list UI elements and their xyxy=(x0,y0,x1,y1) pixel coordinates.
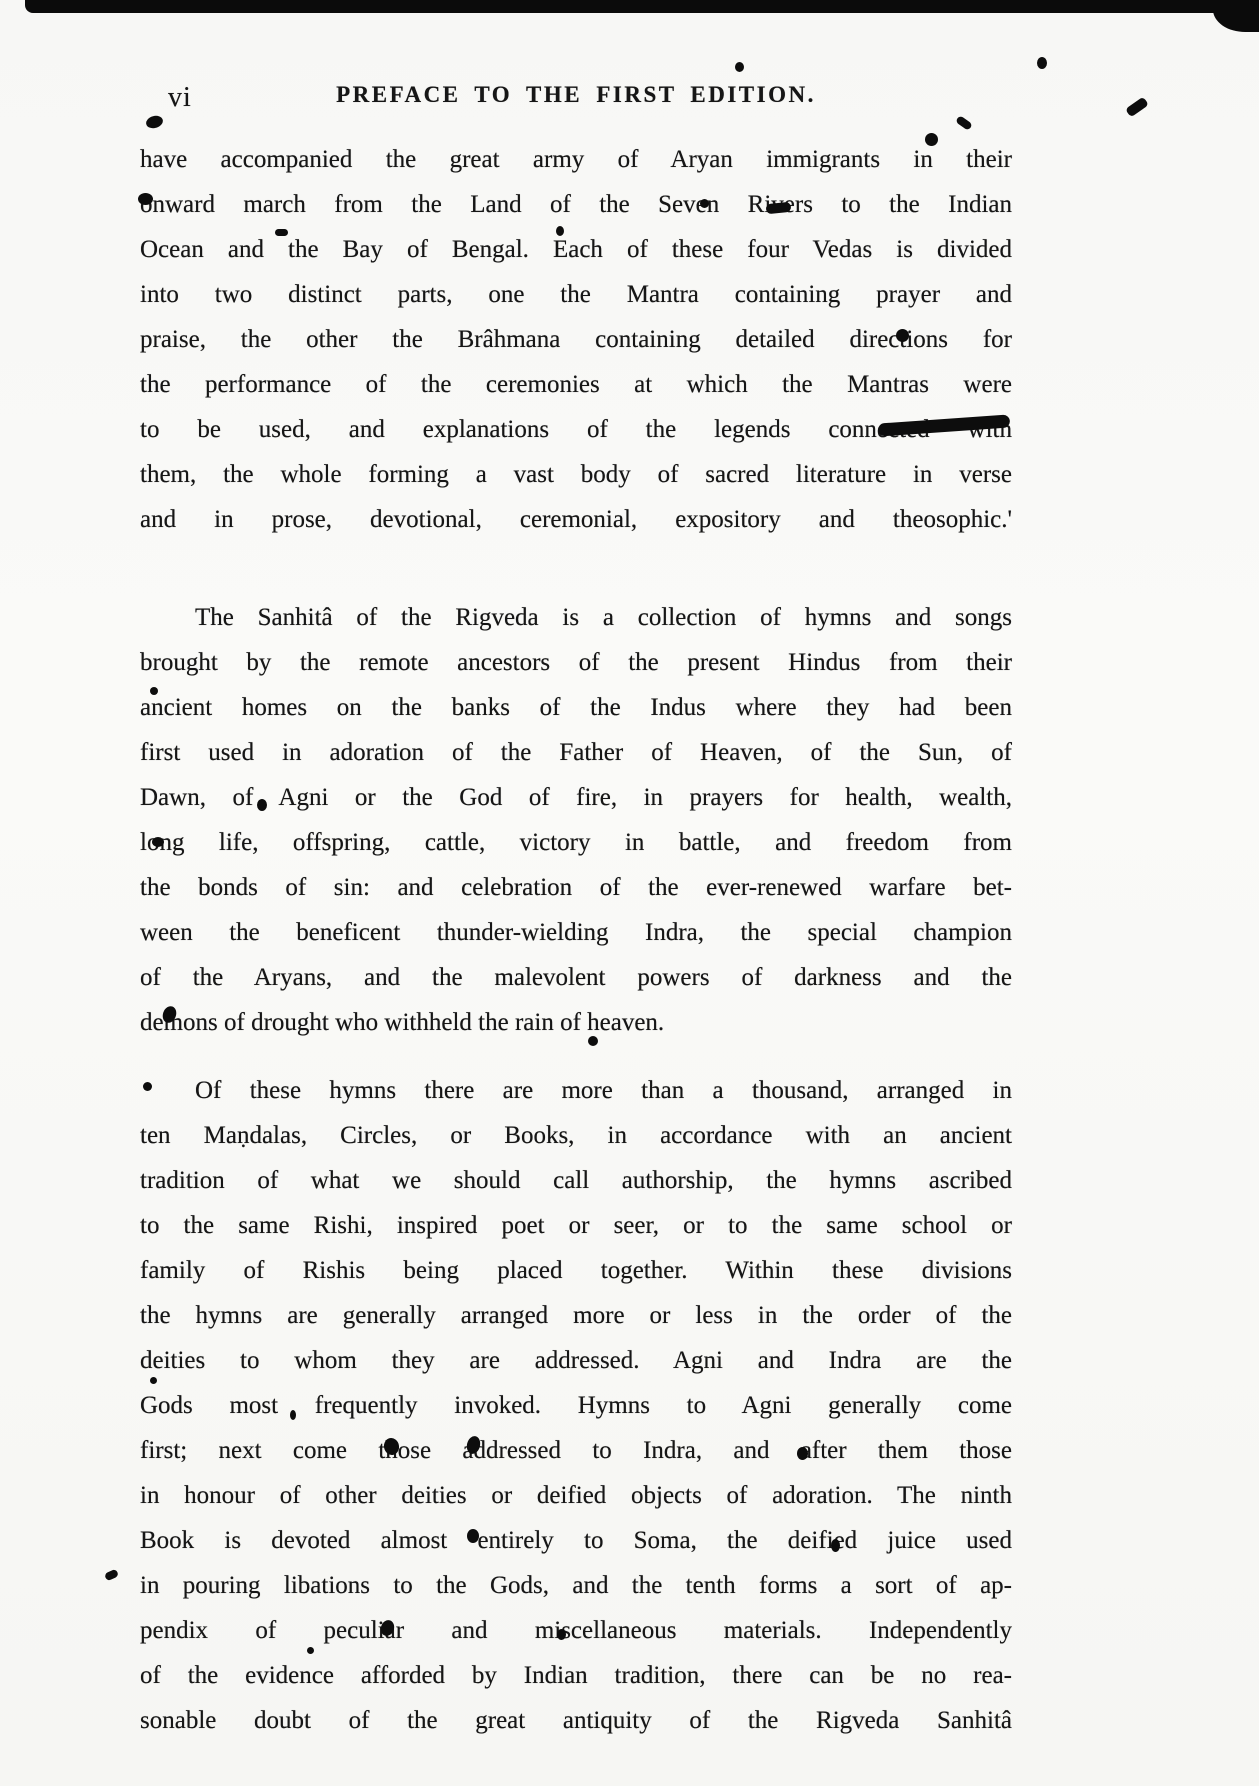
text-line: Gods most frequently invoked. Hymns to A… xyxy=(140,1383,1012,1428)
text-line: in pouring libations to the Gods, and th… xyxy=(140,1563,1012,1608)
text-line: into two distinct parts, one the Mantra … xyxy=(140,272,1012,317)
text-line: them, the whole forming a vast body of s… xyxy=(140,452,1012,497)
text-line: the bonds of sin: and celebration of the… xyxy=(140,865,1012,910)
paragraph: The Sanhitâ of the Rigveda is a collecti… xyxy=(140,595,1012,1045)
scan-edge-artifact-corner xyxy=(1213,0,1259,32)
ink-blot xyxy=(735,62,744,72)
ink-blot xyxy=(700,199,709,208)
paragraph: Of these hymns there are more than a tho… xyxy=(140,1068,1012,1743)
text-line: to the same Rishi, inspired poet or seer… xyxy=(140,1203,1012,1248)
ink-blot xyxy=(307,1647,314,1654)
text-line: ten Maṇdalas, Circles, or Books, in acco… xyxy=(140,1113,1012,1158)
text-line: and in prose, devotional, ceremonial, ex… xyxy=(140,497,1012,542)
text-line: The Sanhitâ of the Rigveda is a collecti… xyxy=(140,595,1012,640)
ink-blot xyxy=(588,1036,598,1046)
text-line: in honour of other deities or deified ob… xyxy=(140,1473,1012,1518)
text-line: long life, offspring, cattle, victory in… xyxy=(140,820,1012,865)
running-header: vi PREFACE TO THE FIRST EDITION. xyxy=(140,80,1012,137)
paragraph: have accompanied the great army of Aryan… xyxy=(140,137,1012,542)
ink-blot xyxy=(556,226,564,236)
text-line: onward march from the Land of the Seven … xyxy=(140,182,1012,227)
ink-blot xyxy=(104,1569,119,1582)
text-line: Of these hymns there are more than a tho… xyxy=(140,1068,1012,1113)
text-line: ancient homes on the banks of the Indus … xyxy=(140,685,1012,730)
text-line: Ocean and the Bay of Bengal. Each of the… xyxy=(140,227,1012,272)
scanned-book-page: vi PREFACE TO THE FIRST EDITION. have ac… xyxy=(0,0,1259,1786)
ink-blot xyxy=(150,1377,157,1384)
page-header-title: PREFACE TO THE FIRST EDITION. xyxy=(140,80,1012,108)
text-line: first; next come those addressed to Indr… xyxy=(140,1428,1012,1473)
text-line: deities to whom they are addressed. Agni… xyxy=(140,1338,1012,1383)
ink-blot xyxy=(797,1447,808,1460)
text-line: Book is devoted almost entirely to Soma,… xyxy=(140,1518,1012,1563)
page-body: have accompanied the great army of Aryan… xyxy=(140,137,1012,1743)
ink-blot xyxy=(925,133,938,146)
text-line: demons of drought who withheld the rain … xyxy=(140,1000,1012,1045)
text-line: first used in adoration of the Father of… xyxy=(140,730,1012,775)
text-line: family of Rishis being placed together. … xyxy=(140,1248,1012,1293)
ink-blot xyxy=(152,837,164,847)
ink-blot xyxy=(1125,97,1149,118)
ink-blot xyxy=(138,193,153,205)
ink-blot xyxy=(831,1539,840,1552)
text-line: praise, the other the Brâhmana containin… xyxy=(140,317,1012,362)
text-line: tradition of what we should call authors… xyxy=(140,1158,1012,1203)
text-line: Dawn, of Agni or the God of fire, in pra… xyxy=(140,775,1012,820)
scan-edge-artifact-top xyxy=(25,0,1259,13)
ink-blot xyxy=(257,799,267,811)
text-line: of the evidence afforded by Indian tradi… xyxy=(140,1653,1012,1698)
text-line: ween the beneficent thunder-wielding Ind… xyxy=(140,910,1012,955)
ink-blot xyxy=(467,1529,479,1543)
text-line: brought by the remote ancestors of the p… xyxy=(140,640,1012,685)
ink-blot xyxy=(1037,57,1047,69)
text-column: vi PREFACE TO THE FIRST EDITION. have ac… xyxy=(140,80,1012,1743)
ink-blot xyxy=(557,1629,566,1640)
ink-blot xyxy=(150,687,158,695)
text-line: the performance of the ceremonies at whi… xyxy=(140,362,1012,407)
text-line: have accompanied the great army of Aryan… xyxy=(140,137,1012,182)
page-number: vi xyxy=(168,82,192,114)
text-line: of the Aryans, and the malevolent powers… xyxy=(140,955,1012,1000)
ink-blot xyxy=(290,1410,296,1420)
text-line: sonable doubt of the great antiquity of … xyxy=(140,1698,1012,1743)
ink-blot xyxy=(275,229,288,236)
ink-blot xyxy=(896,329,909,342)
ink-blot xyxy=(143,1082,152,1091)
text-line: pendix of peculiar and miscellaneous mat… xyxy=(140,1608,1012,1653)
text-line: the hymns are generally arranged more or… xyxy=(140,1293,1012,1338)
